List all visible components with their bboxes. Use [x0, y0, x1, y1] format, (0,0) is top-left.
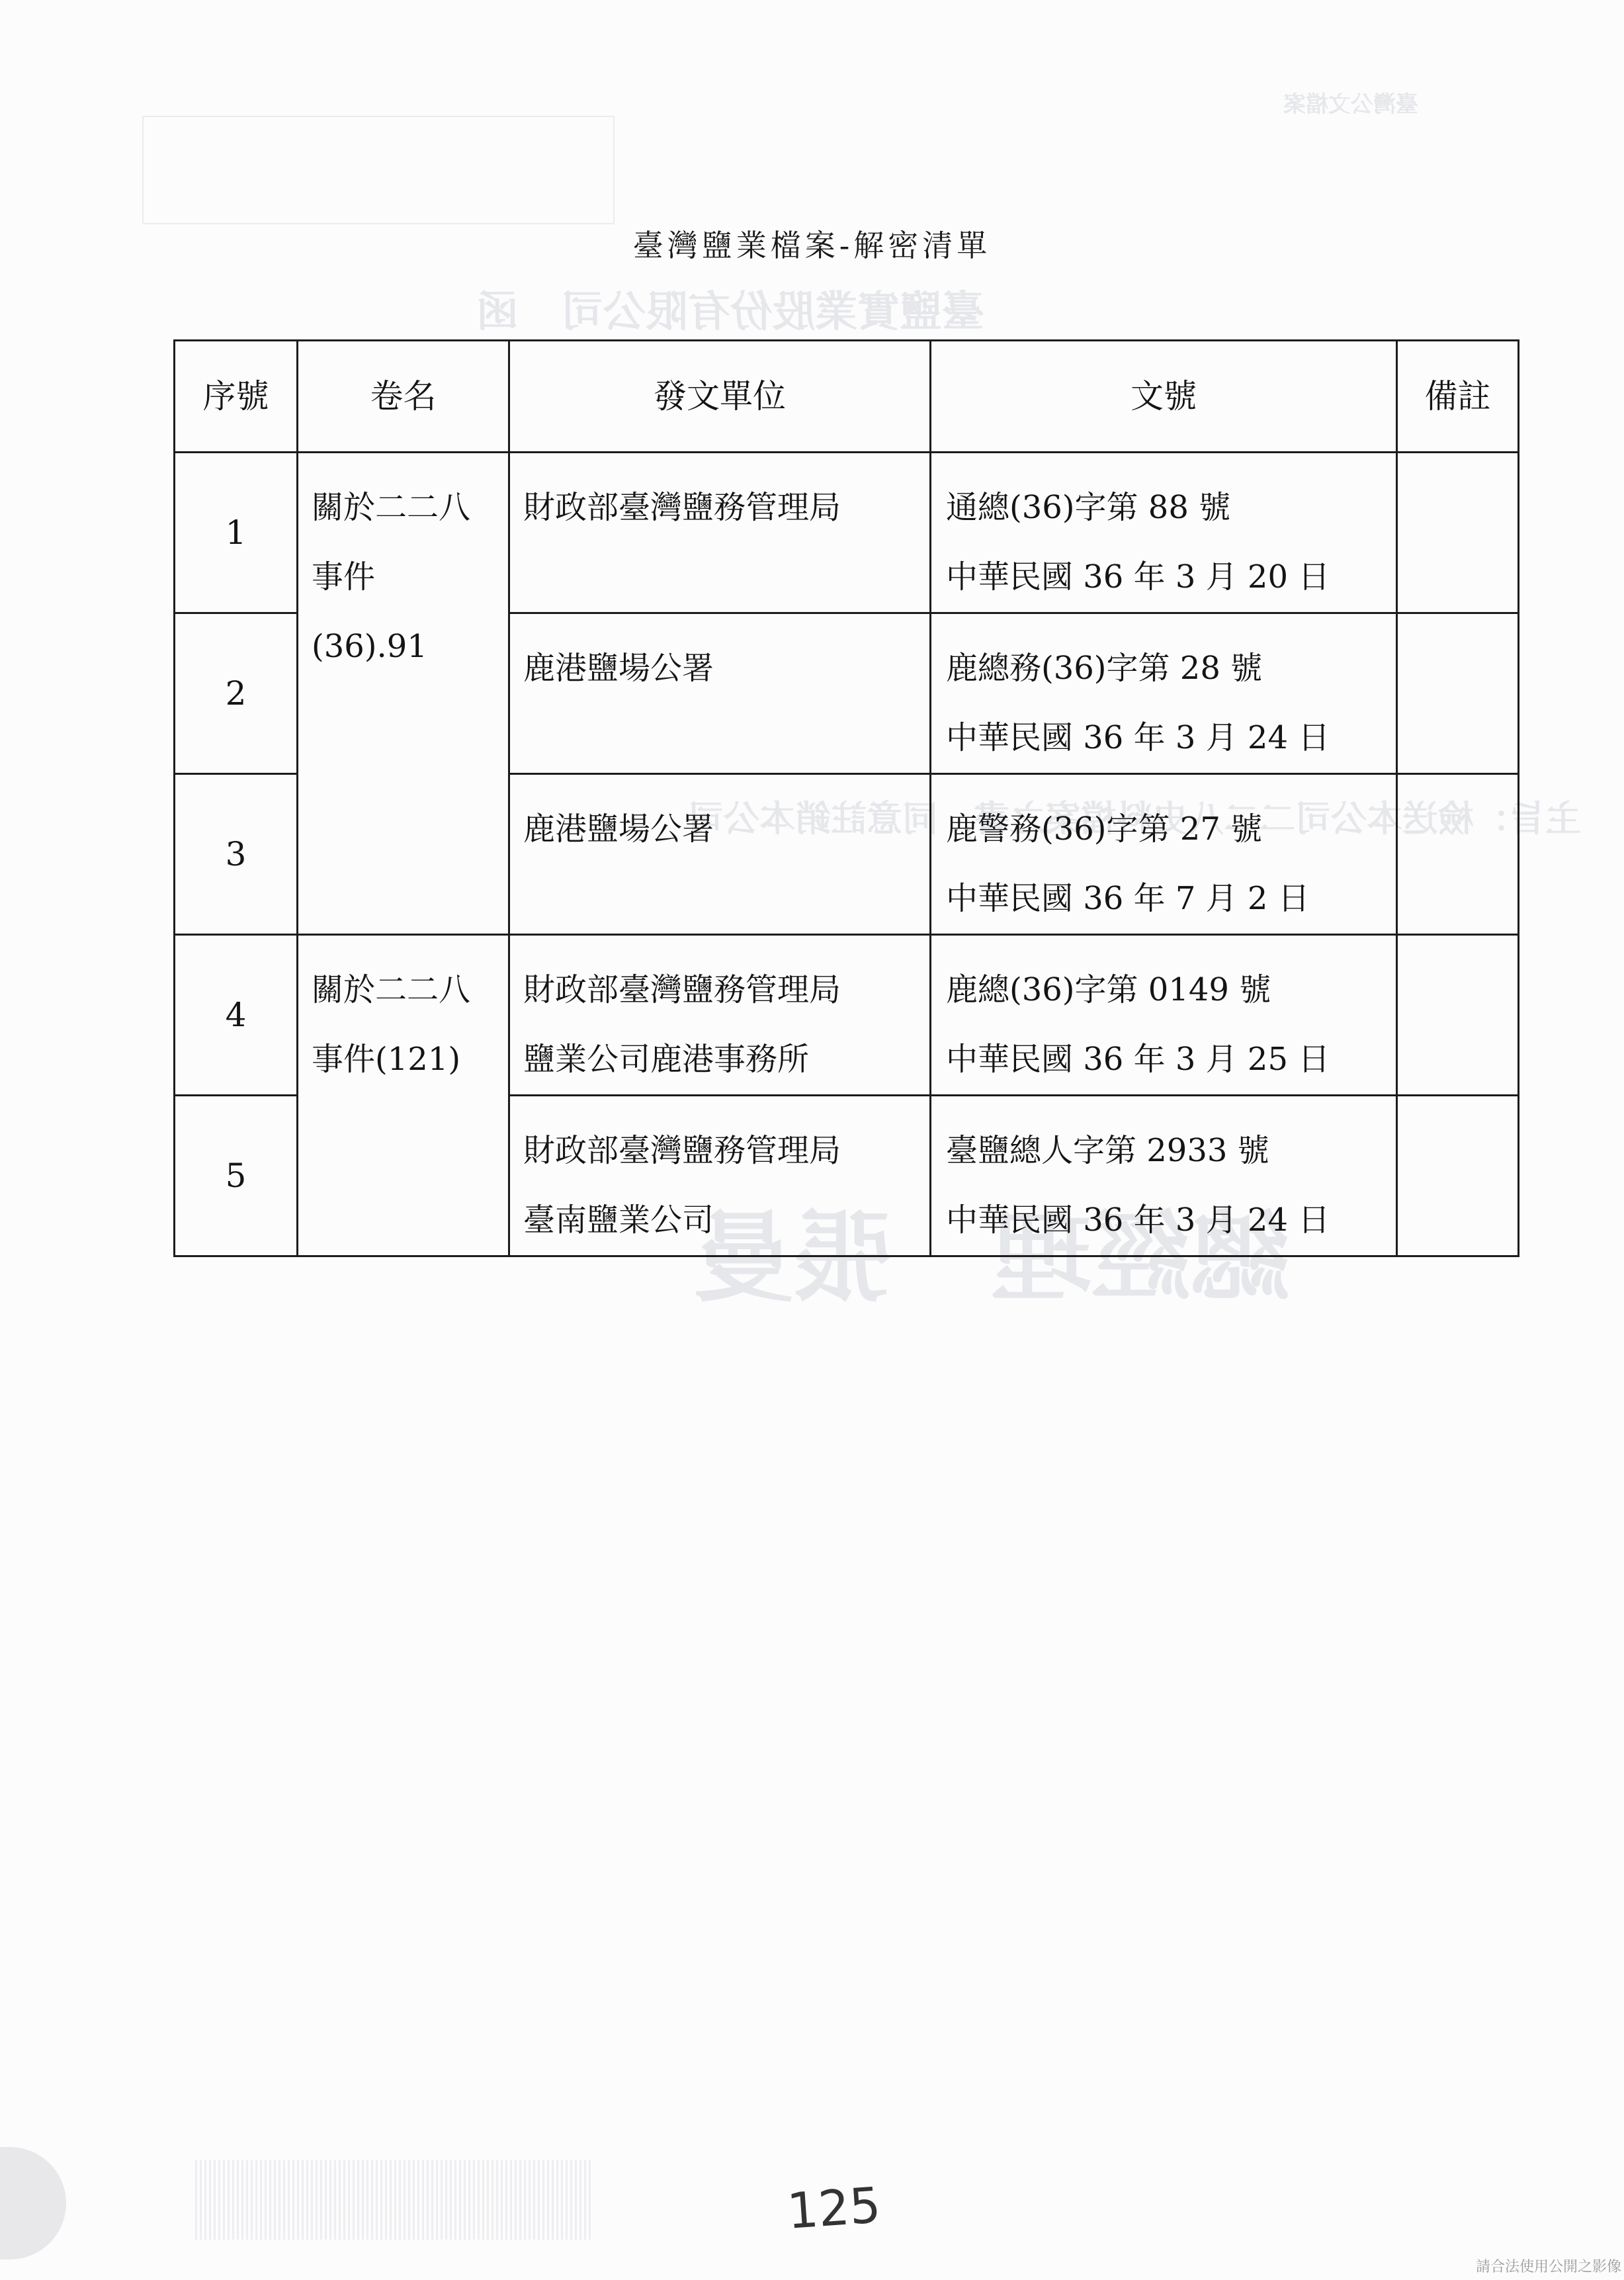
unit-line: 財政部臺灣鹽務管理局: [523, 955, 929, 1025]
declassification-table: 序號 卷名 發文單位 文號 備註 1 關於二二八 事件 (36).91 財政部臺…: [173, 339, 1519, 1257]
cell-note: [1397, 613, 1519, 774]
barcode: [195, 2160, 592, 2240]
header-volume: 卷名: [298, 341, 509, 453]
cell-issuing-unit: 財政部臺灣鹽務管理局 鹽業公司鹿港事務所: [509, 935, 931, 1096]
handwritten-page-number: 125: [785, 2177, 882, 2240]
doc-date: 中華民國 36 年 3 月 20 日: [946, 543, 1396, 612]
header-document-number: 文號: [931, 341, 1397, 453]
cell-document-number: 臺鹽總人字第 2933 號 中華民國 36 年 3 月 24 日: [931, 1096, 1397, 1256]
doc-number: 鹿總(36)字第 0149 號: [946, 955, 1396, 1025]
header-note: 備註: [1397, 341, 1519, 453]
doc-number: 鹿警務(36)字第 27 號: [946, 795, 1396, 864]
doc-date: 中華民國 36 年 3 月 24 日: [946, 1186, 1396, 1255]
cell-document-number: 鹿總(36)字第 0149 號 中華民國 36 年 3 月 25 日: [931, 935, 1397, 1096]
doc-date: 中華民國 36 年 3 月 25 日: [946, 1025, 1396, 1094]
unit-line: 財政部臺灣鹽務管理局: [523, 1116, 929, 1186]
doc-number: 臺鹽總人字第 2933 號: [946, 1116, 1396, 1186]
cell-seq: 1: [175, 453, 298, 613]
volume-line: 關於二二八: [312, 955, 508, 1025]
cell-note: [1397, 1096, 1519, 1256]
cell-seq: 4: [175, 935, 298, 1096]
footer-notice: 請合法使用公開之影像: [1476, 2256, 1621, 2276]
cell-document-number: 鹿警務(36)字第 27 號 中華民國 36 年 7 月 2 日: [931, 774, 1397, 935]
cell-issuing-unit: 財政部臺灣鹽務管理局: [509, 453, 931, 613]
ghost-text: 臺灣公文檔案: [1283, 86, 1418, 118]
cell-note: [1397, 774, 1519, 935]
table-header-row: 序號 卷名 發文單位 文號 備註: [175, 341, 1519, 453]
volume-line: 事件: [312, 543, 508, 612]
ghost-stamp-box: [142, 116, 615, 224]
doc-number: 鹿總務(36)字第 28 號: [946, 634, 1396, 703]
cell-seq: 3: [175, 774, 298, 935]
volume-line: 關於二二八: [312, 473, 508, 543]
doc-date: 中華民國 36 年 3 月 24 日: [946, 703, 1396, 773]
table-row: 1 關於二二八 事件 (36).91 財政部臺灣鹽務管理局 通總(36)字第 8…: [175, 453, 1519, 613]
cell-volume: 關於二二八 事件 (36).91: [298, 453, 509, 935]
doc-number: 通總(36)字第 88 號: [946, 473, 1396, 543]
header-issuing-unit: 發文單位: [509, 341, 931, 453]
cell-issuing-unit: 鹿港鹽場公署: [509, 774, 931, 935]
header-seq: 序號: [175, 341, 298, 453]
cell-document-number: 通總(36)字第 88 號 中華民國 36 年 3 月 20 日: [931, 453, 1397, 613]
doc-date: 中華民國 36 年 7 月 2 日: [946, 864, 1396, 934]
cell-seq: 5: [175, 1096, 298, 1256]
cell-note: [1397, 935, 1519, 1096]
ghost-text: 臺鹽實業股份有限公司 函: [476, 278, 984, 339]
cell-document-number: 鹿總務(36)字第 28 號 中華民國 36 年 3 月 24 日: [931, 613, 1397, 774]
cell-seq: 2: [175, 613, 298, 774]
unit-line: 財政部臺灣鹽務管理局: [523, 473, 929, 543]
document-title: 臺灣鹽業檔案-解密清單: [0, 222, 1624, 265]
archive-logo-icon: [0, 2147, 66, 2259]
volume-line: (36).91: [312, 612, 508, 681]
cell-volume: 關於二二八 事件(121): [298, 935, 509, 1256]
unit-line: 鹿港鹽場公署: [523, 795, 929, 864]
volume-line: 事件(121): [312, 1025, 508, 1094]
cell-issuing-unit: 鹿港鹽場公署: [509, 613, 931, 774]
table-row: 4 關於二二八 事件(121) 財政部臺灣鹽務管理局 鹽業公司鹿港事務所 鹿總(…: [175, 935, 1519, 1096]
unit-line: 鹿港鹽場公署: [523, 634, 929, 703]
cell-note: [1397, 453, 1519, 613]
unit-line: 鹽業公司鹿港事務所: [523, 1025, 929, 1094]
cell-issuing-unit: 財政部臺灣鹽務管理局 臺南鹽業公司: [509, 1096, 931, 1256]
unit-line: 臺南鹽業公司: [523, 1186, 929, 1255]
